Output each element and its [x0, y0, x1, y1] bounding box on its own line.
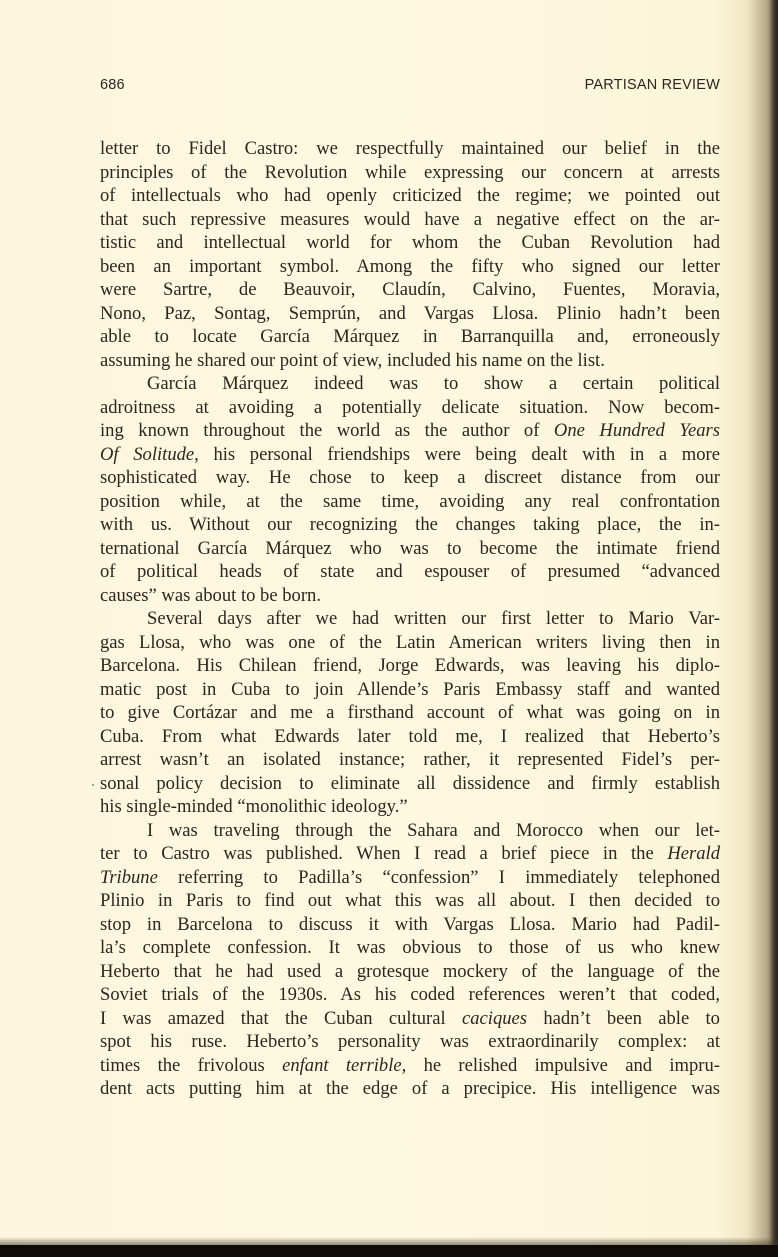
- running-head: 686 PARTISAN REVIEW: [100, 77, 720, 97]
- text-line: his single-minded “monolithic ideology.”: [100, 795, 720, 819]
- text-line: arrest wasn’t an isolated instance; rath…: [100, 748, 720, 772]
- text-line: been an important symbol. Among the fift…: [100, 255, 720, 279]
- text-line: dent acts putting him at the edge of a p…: [100, 1077, 720, 1101]
- text-line: tistic and intellectual world for whom t…: [100, 231, 720, 255]
- line-roman: his personal friendships were being deal…: [199, 444, 720, 465]
- text-line: adroitness at avoiding a potentially del…: [100, 396, 720, 420]
- text-line: gas Llosa, who was one of the Latin Amer…: [100, 631, 720, 655]
- line-roman: ter to Castro was published. When I read…: [100, 843, 667, 864]
- text-line: Tribune referring to Padilla’s “confessi…: [100, 866, 720, 890]
- text-line: Soviet trials of the 1930s. As his coded…: [100, 983, 720, 1007]
- text-line: that such repressive measures would have…: [100, 208, 720, 232]
- line-roman: times the frivolous: [100, 1055, 282, 1076]
- text-line: I was amazed that the Cuban cultural cac…: [100, 1007, 720, 1031]
- text-line: García Márquez indeed was to show a cert…: [100, 372, 720, 396]
- text-line: Heberto that he had used a grotesque moc…: [100, 960, 720, 984]
- text-line: of political heads of state and espouser…: [100, 560, 720, 584]
- book-page: 686 PARTISAN REVIEW letter to Fidel Cast…: [0, 0, 778, 1245]
- foreign-term-italic: caciques: [462, 1008, 527, 1029]
- line-roman: he relished impulsive and impru-: [406, 1055, 720, 1076]
- text-line: to give Cortázar and me a firsthand acco…: [100, 701, 720, 725]
- text-line: Barcelona. His Chilean friend, Jorge Edw…: [100, 654, 720, 678]
- page-number: 686: [100, 77, 125, 93]
- book-title-italic: Of Solitude,: [100, 444, 199, 465]
- text-line: were Sartre, de Beauvoir, Claudín, Calvi…: [100, 278, 720, 302]
- text-line: Plinio in Paris to find out what this wa…: [100, 889, 720, 913]
- text-line: causes” was about to be born.: [100, 584, 720, 608]
- body-text: letter to Fidel Castro: we respectfully …: [100, 137, 720, 1101]
- newspaper-title-italic: Herald: [667, 843, 720, 864]
- text-line: position while, at the same time, avoidi…: [100, 490, 720, 514]
- newspaper-title-italic: Tribune: [100, 867, 158, 888]
- text-line: letter to Fidel Castro: we respectfully …: [100, 137, 720, 161]
- text-line: I was traveling through the Sahara and M…: [100, 819, 720, 843]
- page-edge-shadow: [770, 0, 778, 1245]
- text-line: Nono, Paz, Sontag, Semprún, and Vargas L…: [100, 302, 720, 326]
- text-line: assuming he shared our point of view, in…: [100, 349, 720, 373]
- text-line: ing known throughout the world as the au…: [100, 419, 720, 443]
- text-line: Several days after we had written our fi…: [100, 607, 720, 631]
- text-line: stop in Barcelona to discuss it with Var…: [100, 913, 720, 937]
- text-line: times the frivolous enfant terrible, he …: [100, 1054, 720, 1078]
- line-roman: referring to Padilla’s “confession” I im…: [158, 867, 720, 888]
- scan-bottom-border: [0, 1245, 778, 1257]
- text-line: of intellectuals who had openly criticiz…: [100, 184, 720, 208]
- text-line: sophisticated way. He chose to keep a di…: [100, 466, 720, 490]
- text-line: ter to Castro was published. When I read…: [100, 842, 720, 866]
- text-line: sonal policy decision to eliminate all d…: [100, 772, 720, 796]
- text-line: spot his ruse. Heberto’s personality was…: [100, 1030, 720, 1054]
- text-line: ternational García Márquez who was to be…: [100, 537, 720, 561]
- text-line: Of Solitude, his personal friendships we…: [100, 443, 720, 467]
- book-title-italic: One Hundred Years: [554, 420, 720, 441]
- foreign-term-italic: enfant terrible,: [282, 1055, 406, 1076]
- text-line: principles of the Revolution while expre…: [100, 161, 720, 185]
- text-line: with us. Without our recognizing the cha…: [100, 513, 720, 537]
- journal-title: PARTISAN REVIEW: [585, 77, 720, 93]
- text-line: Cuba. From what Edwards later told me, I…: [100, 725, 720, 749]
- line-roman: ing known throughout the world as the au…: [100, 420, 554, 441]
- text-line: la’s complete confession. It was obvious…: [100, 936, 720, 960]
- print-speck: [92, 784, 94, 786]
- text-line: matic post in Cuba to join Allende’s Par…: [100, 678, 720, 702]
- line-roman: hadn’t been able to: [527, 1008, 720, 1029]
- text-line: able to locate García Márquez in Barranq…: [100, 325, 720, 349]
- line-roman: I was amazed that the Cuban cultural: [100, 1008, 462, 1029]
